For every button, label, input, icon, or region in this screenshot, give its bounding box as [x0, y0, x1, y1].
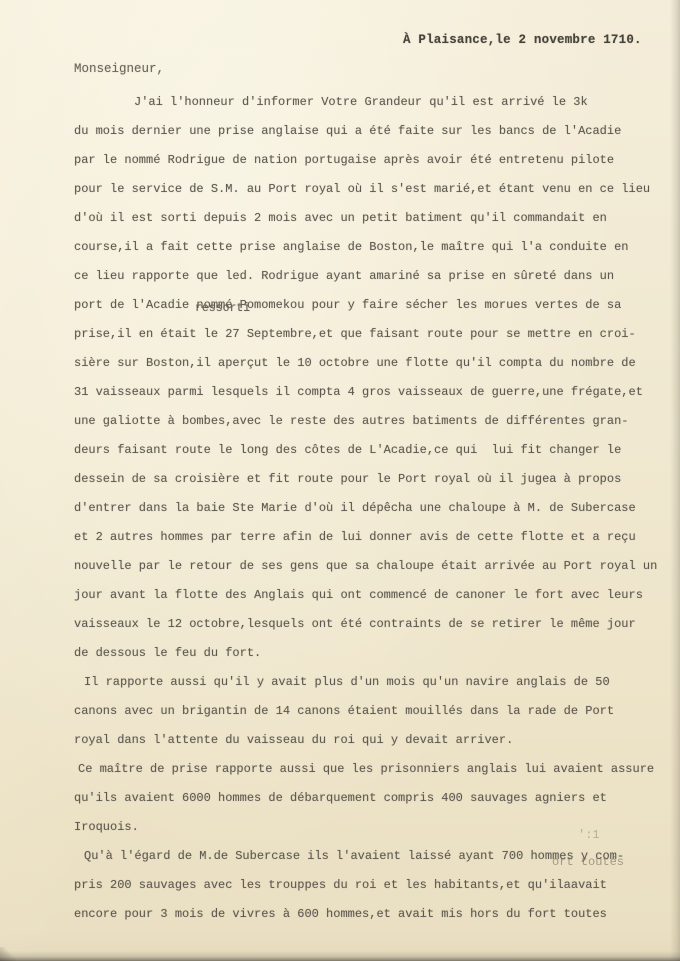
- letter-line: J'ai l'honneur d'informer Votre Grandeur…: [74, 88, 664, 117]
- letter-line: 31 vaisseaux parmi lesquels il compta 4 …: [74, 378, 664, 407]
- letter-line: vaisseaux le 12 octobre,lesquels ont été…: [74, 610, 664, 639]
- letter-line: Ce maître de prise rapporte aussi que le…: [74, 755, 664, 784]
- letter-line: d'entrer dans la baie Ste Marie d'où il …: [74, 494, 664, 523]
- letter-line: encore pour 3 mois de vivres à 600 homme…: [74, 900, 664, 929]
- letter-line: par le nommé Rodrigue de nation portugai…: [74, 146, 664, 175]
- letter-line: nouvelle par le retour de ses gens que s…: [74, 552, 664, 581]
- letter-line: et 2 autres hommes par terre afin de lui…: [74, 523, 664, 552]
- letter-line: pour le service de S.M. au Port royal où…: [74, 175, 664, 204]
- ghost-text: ort toutés: [552, 855, 624, 869]
- letter-line: canons avec un brigantin de 14 canons ét…: [74, 697, 664, 726]
- letter-line: une galiotte à bombes,avec le reste des …: [74, 407, 664, 436]
- letter-line: port de l'Acadie nommé Pomomekou pour y …: [74, 291, 664, 320]
- letter-line: dessein de sa croisière et fit route pou…: [74, 465, 664, 494]
- letter-line: Iroquois.: [74, 813, 664, 842]
- dateline: À Plaisance,le 2 novembre 1710.: [403, 33, 642, 47]
- letter-line: prise,il en était le 27 Septembre,et que…: [74, 320, 664, 349]
- right-edge-shadow: [670, 0, 680, 961]
- letter-line: sière sur Boston,il aperçut le 10 octobr…: [74, 349, 664, 378]
- letter-line: de dessous le feu du fort.: [74, 639, 664, 668]
- scan-edge-shadow: [0, 951, 680, 961]
- document-page: À Plaisance,le 2 novembre 1710. Monseign…: [0, 0, 680, 961]
- letter-line: du mois dernier une prise anglaise qui a…: [74, 117, 664, 146]
- letter-line: pris 200 sauvages avec les trouppes du r…: [74, 871, 664, 900]
- letter-line: Il rapporte aussi qu'il y avait plus d'u…: [74, 668, 664, 697]
- letter-line: royal dans l'attente du vaisseau du roi …: [74, 726, 664, 755]
- letter-line: ce lieu rapporte que led. Rodrigue ayant…: [74, 262, 664, 291]
- letter-line: deurs faisant route le long des côtes de…: [74, 436, 664, 465]
- ghost-text: ':1: [578, 828, 600, 842]
- salutation: Monseigneur,: [74, 62, 164, 76]
- letter-line: course,il a fait cette prise anglaise de…: [74, 233, 664, 262]
- letter-line: d'où il est sorti depuis 2 mois avec un …: [74, 204, 664, 233]
- letter-body: J'ai l'honneur d'informer Votre Grandeur…: [74, 88, 664, 929]
- letter-line: qu'ils avaient 6000 hommes de débarqueme…: [74, 784, 664, 813]
- letter-line: jour avant la flotte des Anglais qui ont…: [74, 581, 664, 610]
